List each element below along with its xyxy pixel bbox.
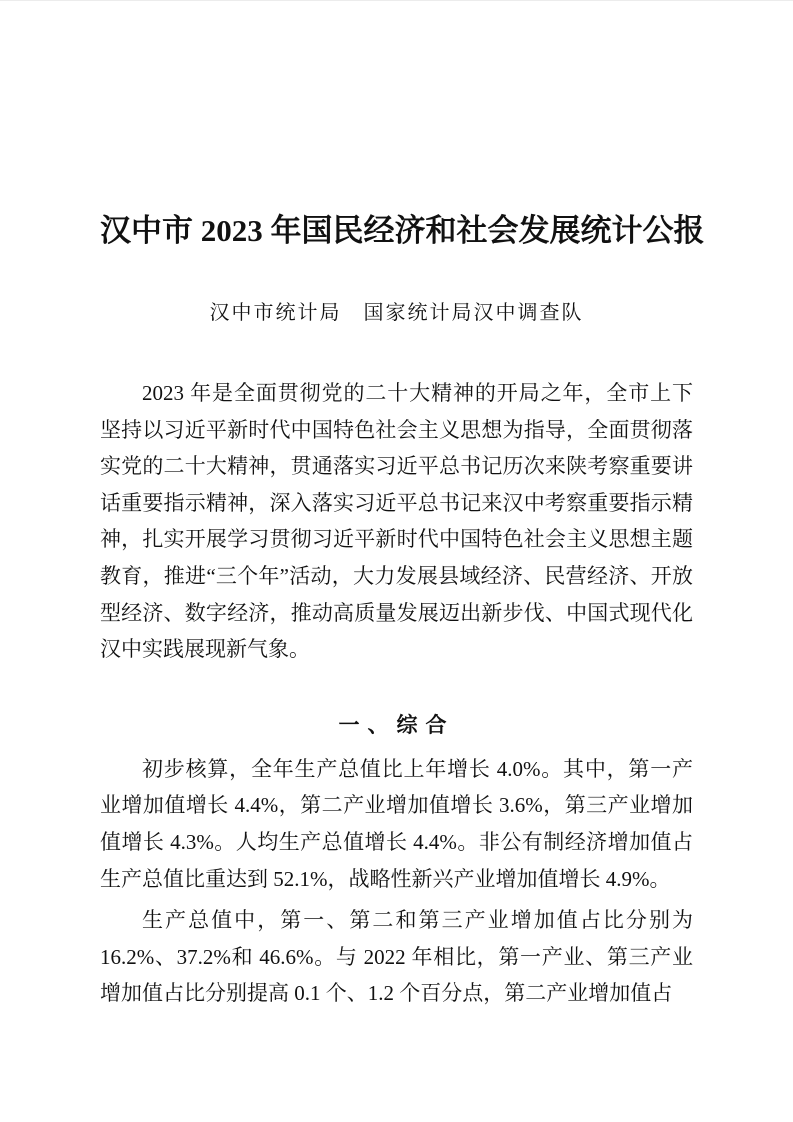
document-content: 汉中市 2023 年国民经济和社会发展统计公报 汉中市统计局 国家统计局汉中调查… <box>100 209 693 1012</box>
document-title: 汉中市 2023 年国民经济和社会发展统计公报 <box>100 209 693 253</box>
section-heading-overview: 一、综合 <box>100 711 693 741</box>
body-paragraph-industry-share: 生产总值中，第一、第二和第三产业增加值占比分别为 16.2%、37.2%和 46… <box>100 902 693 1012</box>
intro-paragraph: 2023 年是全面贯彻党的二十大精神的开局之年，全市上下坚持以习近平新时代中国特… <box>100 375 693 668</box>
document-byline: 汉中市统计局 国家统计局汉中调查队 <box>100 299 693 327</box>
document-page: 汉中市 2023 年国民经济和社会发展统计公报 汉中市统计局 国家统计局汉中调查… <box>0 0 793 1122</box>
body-paragraph-gdp-growth: 初步核算，全年生产总值比上年增长 4.0%。其中，第一产业增加值增长 4.4%，… <box>100 751 693 897</box>
